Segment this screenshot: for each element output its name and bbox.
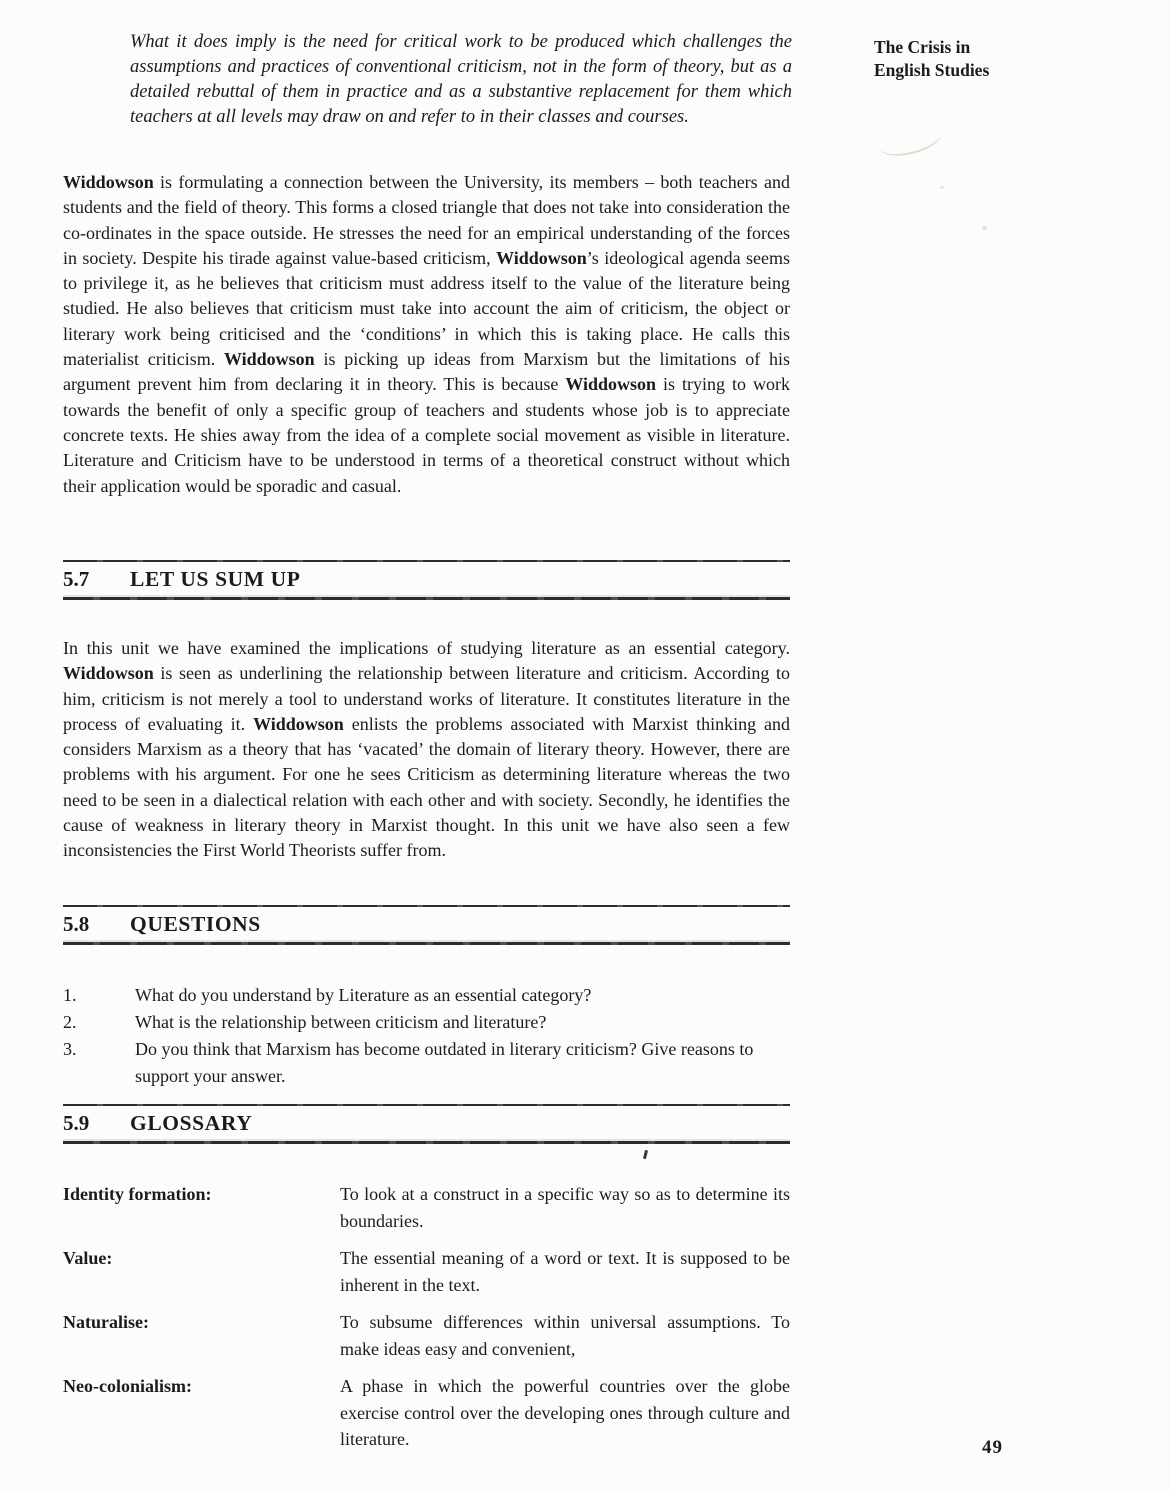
margin-head-line-1: The Crisis in — [874, 36, 1084, 59]
margin-running-head: The Crisis in English Studies — [874, 36, 1084, 82]
scan-artifact — [643, 1150, 648, 1159]
paragraph-widdowson: Widdowson is formulating a connection be… — [63, 170, 790, 499]
heading-rule-bottom — [63, 597, 790, 600]
glossary-term: Value: — [63, 1245, 340, 1298]
glossary-term: Neo-colonialism: — [63, 1373, 340, 1453]
glossary-definition: To look at a construct in a specific way… — [340, 1181, 790, 1234]
question-number: 1. — [63, 982, 135, 1009]
question-item: 2. What is the relationship between crit… — [63, 1009, 790, 1036]
heading-rule-bottom — [63, 1141, 790, 1144]
section-number: 5.7 — [63, 567, 130, 592]
scan-artifact — [982, 226, 987, 230]
questions-list: 1. What do you understand by Literature … — [63, 982, 790, 1090]
question-number: 3. — [63, 1036, 135, 1090]
document-page: What it does imply is the need for criti… — [0, 0, 1170, 1493]
section-heading-5-9: 5.9 GLOSSARY — [63, 1104, 790, 1144]
section-heading-5-8: 5.8 QUESTIONS — [63, 905, 790, 945]
section-title: QUESTIONS — [130, 912, 261, 937]
glossary-entry: Identity formation: To look at a constru… — [63, 1181, 790, 1234]
section-title: LET US SUM UP — [130, 567, 300, 592]
question-text: What is the relationship between critici… — [135, 1009, 790, 1036]
heading-rule-top — [63, 1104, 790, 1106]
glossary-list: Identity formation: To look at a constru… — [63, 1181, 790, 1464]
section-heading-5-7: 5.7 LET US SUM UP — [63, 560, 790, 600]
scan-artifact — [876, 119, 945, 162]
paragraph-sum-up: In this unit we have examined the implic… — [63, 636, 790, 864]
question-text: Do you think that Marxism has become out… — [135, 1036, 790, 1090]
question-item: 3. Do you think that Marxism has become … — [63, 1036, 790, 1090]
heading-row: 5.8 QUESTIONS — [63, 910, 790, 940]
glossary-entry: Neo-colonialism: A phase in which the po… — [63, 1373, 790, 1453]
block-quote: What it does imply is the need for criti… — [130, 30, 792, 130]
scan-artifact — [940, 186, 944, 189]
glossary-definition: A phase in which the powerful countries … — [340, 1373, 790, 1453]
glossary-definition: To subsume differences within universal … — [340, 1309, 790, 1362]
glossary-entry: Value: The essential meaning of a word o… — [63, 1245, 790, 1298]
question-text: What do you understand by Literature as … — [135, 982, 790, 1009]
question-number: 2. — [63, 1009, 135, 1036]
glossary-term: Identity formation: — [63, 1181, 340, 1234]
margin-head-line-2: English Studies — [874, 59, 1084, 82]
glossary-term: Naturalise: — [63, 1309, 340, 1362]
heading-row: 5.7 LET US SUM UP — [63, 565, 790, 595]
page-number: 49 — [982, 1437, 1003, 1459]
glossary-definition: The essential meaning of a word or text.… — [340, 1245, 790, 1298]
heading-rule-bottom — [63, 942, 790, 945]
section-number: 5.9 — [63, 1111, 130, 1136]
question-item: 1. What do you understand by Literature … — [63, 982, 790, 1009]
heading-rule-top — [63, 905, 790, 907]
section-number: 5.8 — [63, 912, 130, 937]
section-title: GLOSSARY — [130, 1111, 252, 1136]
heading-row: 5.9 GLOSSARY — [63, 1109, 790, 1139]
heading-rule-top — [63, 560, 790, 562]
glossary-entry: Naturalise: To subsume differences withi… — [63, 1309, 790, 1362]
